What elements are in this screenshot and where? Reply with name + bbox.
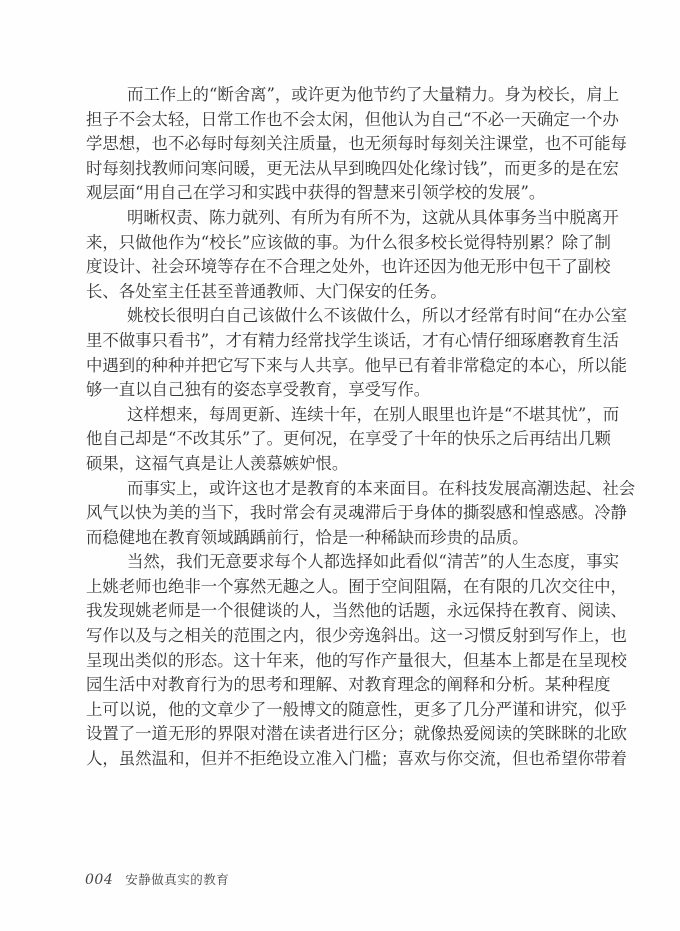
text-line: 明晰权责、陈力就列、有所为有所不为，这就从具体事务当中脱离开 [86,206,590,231]
text-line: 我发现姚老师是一个很健谈的人，当然他的话题，永远保持在教育、阅读、 [86,599,590,624]
book-page: 而工作上的“断舍离”，或许更为他节约了大量精力。身为校长，肩上 担子不会太轻，日… [0,0,680,931]
text-line: 而事实上，或许这也才是教育的本来面目。在科技发展高潮迭起、社会 [86,477,590,502]
text-line: 学思想，也不必每时每刻关注质量，也无须每时每刻关注课堂，也不可能每 [86,132,590,157]
text-line: 园生活中对教育行为的思考和理解、对教育理念的阐释和分析。某种程度 [86,673,590,698]
text-line: 硕果，这福气真是让人羡慕嫉妒恨。 [86,452,590,477]
text-line: 够一直以自己独有的姿态享受教育，享受写作。 [86,378,590,403]
text-line: 而工作上的“断舍离”，或许更为他节约了大量精力。身为校长，肩上 [86,83,590,108]
paragraph-2: 明晰权责、陈力就列、有所为有所不为，这就从具体事务当中脱离开 来，只做他作为“校… [86,206,590,304]
text-line: 设置了一道无形的界限对潜在读者进行区分；就像热爱阅读的笑眯眯的北欧 [86,722,590,747]
text-line: 当然，我们无意要求每个人都选择如此看似“清苦”的人生态度，事实 [86,550,590,575]
text-line: 姚校长很明白自己该做什么不该做什么，所以才经常有时间“在办公室 [86,304,590,329]
text-line: 这样想来，每周更新、连续十年，在别人眼里也许是“不堪其忧”，而 [86,403,590,428]
body-text: 而工作上的“断舍离”，或许更为他节约了大量精力。身为校长，肩上 担子不会太轻，日… [86,83,590,772]
text-line: 中遇到的种种并把它写下来与人共享。他早已有着非常稳定的本心，所以能 [86,354,590,379]
page-number: 004 [85,872,113,888]
text-line: 度设计、社会环境等存在不合理之处外，也许还因为他无形中包干了副校 [86,255,590,280]
text-line: 而稳健地在教育领域踽踽前行，恰是一种稀缺而珍贵的品质。 [86,526,590,551]
text-line: 观层面“用自己在学习和实践中获得的智慧来引领学校的发展”。 [86,181,590,206]
paragraph-5: 而事实上，或许这也才是教育的本来面目。在科技发展高潮迭起、社会 风气以快为美的当… [86,477,590,551]
text-line: 上可以说，他的文章少了一般博文的随意性，更多了几分严谨和讲究，似乎 [86,698,590,723]
text-line: 风气以快为美的当下，我时常会有灵魂滞后于身体的撕裂感和惶惑感。冷静 [86,501,590,526]
text-line: 上姚老师也绝非一个寡然无趣之人。囿于空间阻隔，在有限的几次交往中， [86,575,590,600]
text-line: 来，只做他作为“校长”应该做的事。为什么很多校长觉得特别累？除了制 [86,231,590,256]
text-line: 长、各处室主任甚至普通教师、大门保安的任务。 [86,280,590,305]
text-line: 人，虽然温和，但并不拒绝设立准入门槛；喜欢与你交流，但也希望你带着 [86,747,590,772]
paragraph-4: 这样想来，每周更新、连续十年，在别人眼里也许是“不堪其忧”，而 他自己却是“不改… [86,403,590,477]
running-title: 安静做真实的教育 [125,870,229,888]
text-line: 时每刻找教师问寒问暖，更无法从早到晚四处化缘讨钱”，而更多的是在宏 [86,157,590,182]
text-line: 写作以及与之相关的范围之内，很少旁逸斜出。这一习惯反射到写作上，也 [86,624,590,649]
paragraph-6: 当然，我们无意要求每个人都选择如此看似“清苦”的人生态度，事实 上姚老师也绝非一… [86,550,590,771]
text-line: 呈现出类似的形态。这十年来，他的写作产量很大，但基本上都是在呈现校 [86,649,590,674]
paragraph-1: 而工作上的“断舍离”，或许更为他节约了大量精力。身为校长，肩上 担子不会太轻，日… [86,83,590,206]
text-line: 他自己却是“不改其乐”了。更何况，在享受了十年的快乐之后再结出几颗 [86,427,590,452]
text-line: 担子不会太轻，日常工作也不会太闲，但他认为自己“不必一天确定一个办 [86,108,590,133]
page-footer: 004 安静做真实的教育 [85,870,229,888]
paragraph-3: 姚校长很明白自己该做什么不该做什么，所以才经常有时间“在办公室 里不做事只看书”… [86,304,590,402]
text-line: 里不做事只看书”，才有精力经常找学生谈话，才有心情仔细琢磨教育生活 [86,329,590,354]
